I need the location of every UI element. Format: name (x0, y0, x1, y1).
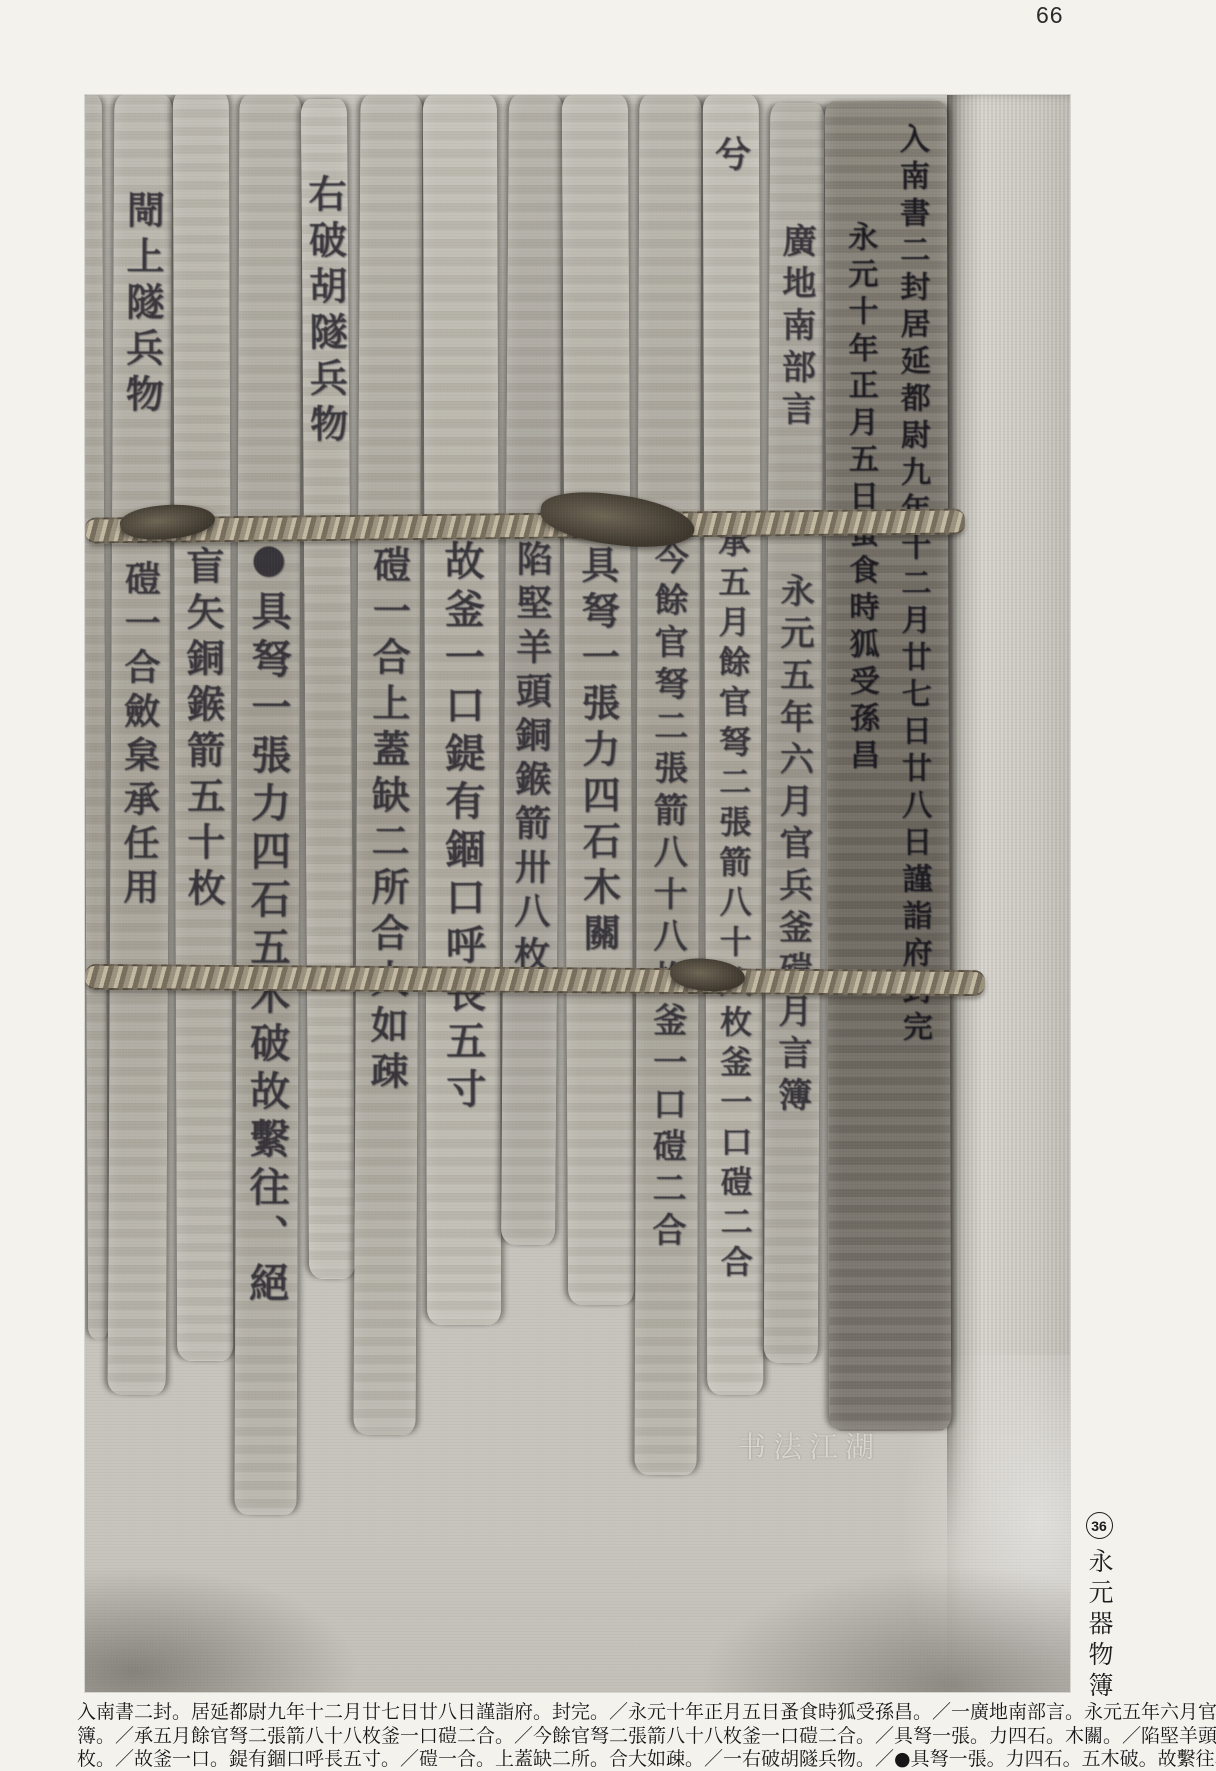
slip-ink-text: 右破胡隧兵物 (297, 174, 354, 450)
wooden-slip: ●具弩一張力四石五木破故繫往、絕 (235, 95, 302, 1515)
wooden-slip: 陷堅羊頭銅鍭箭卅八枚 (501, 95, 563, 1245)
watermark-text: 书法江湖 (737, 1425, 881, 1466)
wooden-slip (85, 95, 108, 1340)
slip-ink-text: 故釜一口鍉有錮口呼長五寸 (433, 540, 492, 1116)
wooden-slip: 廣地南部言 永元五年六月官兵釜磑月言簿 (764, 103, 825, 1363)
figure-number-badge: 36 (1086, 1512, 1113, 1539)
plate-photo: 閜上隧兵物 磑一合斂枲承任用 盲矢銅鍭箭五十枚 ●具弩一張力四石五木破故繫往、絕… (85, 95, 1070, 1692)
wooden-slip: 具弩一張力四石木關 (562, 95, 634, 1305)
slip-ink-text: 廣地南部言 (771, 223, 821, 433)
slip-ink-text: 盲矢銅鍭箭五十枚 (175, 546, 231, 914)
figure-caption-vertical: 36 永元器物簿 (1080, 1512, 1118, 1703)
wooden-slip-dark: 入南書二封居延都尉九年十二月廿七日廿八日謹詣府封完 永元十年正月五日蚤食時狐受孫… (825, 101, 952, 1431)
slip-ink-text: 入南書二封居延都尉九年十二月廿七日廿八日謹詣府封完 (889, 123, 936, 1048)
caption-line: 枚。／故釜一口。鍉有錮口呼長五寸。／磑一合。上蓋缺二所。合大如疎。／一右破胡隧兵… (77, 1748, 1129, 1771)
slip-ink-text: 永元五年六月官兵釜磑月言簿 (767, 573, 819, 1119)
slip-ink-text: 閜上隧兵物 (114, 190, 170, 420)
slip-ink-text: ●具弩一張力四石五木破故繫往、絕 (238, 535, 298, 1310)
slip-ink-text: 磑一合斂枲承任用 (114, 560, 167, 912)
figure-title: 永元器物簿 (1081, 1548, 1117, 1703)
wooden-slip: 今餘官弩二張箭八十八枚釜一口磑二合 (635, 95, 702, 1475)
wooden-slip: 故釜一口鍉有錮口呼長五寸 (423, 95, 501, 1325)
wooden-slip: 閜上隧兵物 磑一合斂枲承任用 (108, 95, 173, 1395)
caption-line: 簿。／承五月餘官弩二張箭八十八枚釜一口磑二合。／今餘官弩二張箭八十八枚釜一口磑二… (77, 1725, 1129, 1749)
slip-ink-text: 具弩一張力四石木關 (570, 545, 627, 959)
wooden-slip: 盲矢銅鍭箭五十枚 (173, 95, 233, 1361)
slip-ink-text: 承五月餘官弩二張箭八十八枚釜一口磑二合 (709, 525, 758, 1285)
caption-line: 入南書二封。居延都尉九年十二月廿七日廿八日謹詣府。封完。／永元十年正月五日蚤食時… (77, 1701, 1129, 1725)
slip-ink-text: 陷堅羊頭銅鍭箭卅八枚 (504, 540, 558, 980)
wooden-slip: 磑一合上蓋缺二所合大如疎 (353, 95, 422, 1435)
page-number: 66 (1036, 2, 1064, 29)
wooden-slip: 右破胡隧兵物 (301, 99, 355, 1279)
slip-ink-text: 永元十年正月五日蚤食時狐受孫昌 (837, 221, 883, 776)
wooden-slip: 兮 承五月餘官弩二張箭八十八枚釜一口磑二合 (703, 95, 764, 1395)
slip-ink-text: 兮 (705, 135, 756, 179)
transcription-caption: 入南書二封。居延都尉九年十二月廿七日廿八日謹詣府。封完。／永元十年正月五日蚤食時… (77, 1701, 1129, 1771)
slip-ink-text: 磑一合上蓋缺二所合大如疎 (359, 545, 417, 1097)
slip-ink-text: 今餘官弩二張箭八十八枚釜一口磑二合 (642, 540, 693, 1254)
